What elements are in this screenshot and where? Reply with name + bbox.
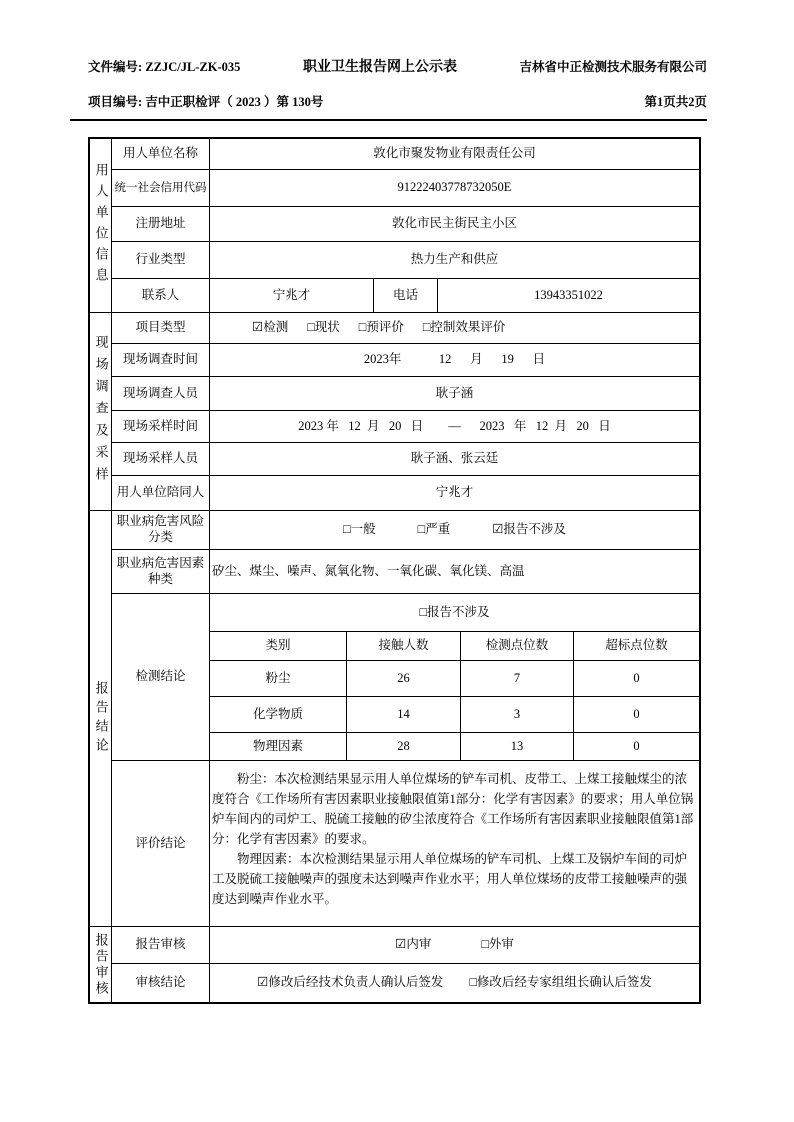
checkbox-detection-not-involved[interactable]: □报告不涉及 — [419, 605, 489, 621]
cell-category: 粉尘 — [210, 661, 347, 696]
row-detection-conclusion: 检测结论 □报告不涉及 类别 接触人数 检测点位数 超标点位数 粉尘 — [112, 594, 699, 761]
evaluation-conclusion-text: 粉尘：本次检测结果显示用人单位煤场的铲车司机、皮带工、上煤工接触煤尘的浓度符合《… — [210, 761, 699, 926]
hazard-risk-class-options: □一般 □严重 ☑报告不涉及 — [210, 511, 699, 549]
section-site-survey: 现场调查及采样 项目类型 ☑检测 □现状 □预评价 □控制效果评价 现场调查时间… — [90, 313, 699, 511]
row-sampling-time: 现场采样时间 2023 年 12 月 20 日 — 2023 年 12 月 20… — [112, 411, 699, 443]
checkbox-control-effect-evaluation[interactable]: □控制效果评价 — [423, 320, 506, 336]
section-label-report-review: 报告审核 — [90, 927, 112, 1002]
checkbox-report-not-involved[interactable]: ☑报告不涉及 — [492, 522, 566, 538]
table-row-chemical: 化学物质 14 3 0 — [210, 697, 699, 733]
review-conclusion-label: 审核结论 — [112, 964, 210, 1002]
project-type-options: ☑检测 □现状 □预评价 □控制效果评价 — [210, 313, 699, 343]
project-type-label: 项目类型 — [112, 313, 210, 343]
col-header-category: 类别 — [210, 632, 347, 660]
industry-type-label: 行业类型 — [112, 242, 210, 278]
cell-exceed-points: 0 — [574, 697, 699, 732]
section-label-report-conclusion: 报告结论 — [90, 511, 112, 926]
hazard-factor-types-label: 职业病危害因素种类 — [112, 550, 210, 593]
section-body-conclusion: 职业病危害风险分类 □一般 □严重 ☑报告不涉及 职业病危害因素种类 矽尘、煤尘… — [112, 511, 699, 926]
cell-category: 物理因素 — [210, 733, 347, 760]
phone-number-value: 13943351022 — [438, 279, 699, 312]
checkbox-pre-evaluation[interactable]: □预评价 — [359, 320, 404, 336]
table-row-physical: 物理因素 28 13 0 — [210, 733, 699, 760]
registered-address-value: 敦化市民主街民主小区 — [210, 207, 699, 241]
row-contact: 联系人 宁兆才 电话 13943351022 — [112, 279, 699, 312]
row-registered-address: 注册地址 敦化市民主街民主小区 — [112, 207, 699, 242]
phone-label: 电话 — [374, 279, 438, 312]
sampling-staff-value: 耿子涵、张云廷 — [210, 443, 699, 475]
section-label-employer-info: 用人单位信息 — [90, 139, 112, 312]
report-review-options: ☑内审 □外审 — [210, 927, 699, 963]
survey-staff-label: 现场调查人员 — [112, 377, 210, 410]
row-accompanying-person: 用人单位陪同人 宁兆才 — [112, 476, 699, 510]
checkbox-severe[interactable]: □严重 — [418, 522, 451, 538]
checkbox-status-quo[interactable]: □现状 — [307, 320, 340, 336]
credit-code-value: 91222403778732050E — [210, 170, 699, 206]
file-number: 文件编号: ZZJC/JL-ZK-035 — [70, 57, 240, 75]
cell-detection-points: 13 — [461, 733, 574, 760]
hazard-risk-class-label: 职业病危害风险分类 — [112, 511, 210, 549]
review-conclusion-options: ☑修改后经技术负责人确认后签发 □修改后经专家组组长确认后签发 — [210, 964, 699, 1002]
section-body-review: 报告审核 ☑内审 □外审 审核结论 ☑修改后经技术负责人确认后签发 □修改后经专… — [112, 927, 699, 1002]
section-body-employer: 用人单位名称 敦化市聚发物业有限责任公司 统一社会信用代码 9122240377… — [112, 139, 699, 312]
col-header-exceed-points: 超标点位数 — [574, 632, 699, 660]
row-hazard-factor-types: 职业病危害因素种类 矽尘、煤尘、噪声、氮氧化物、一氧化碳、氧化镁、高温 — [112, 550, 699, 594]
col-header-exposed-count: 接触人数 — [347, 632, 461, 660]
header-row-1: 文件编号: ZZJC/JL-ZK-035 职业卫生报告网上公示表 吉林省中正检测… — [70, 56, 707, 76]
survey-time-label: 现场调查时间 — [112, 344, 210, 376]
section-label-site-survey: 现场调查及采样 — [90, 313, 112, 510]
cell-detection-points: 3 — [461, 697, 574, 732]
row-employer-name: 用人单位名称 敦化市聚发物业有限责任公司 — [112, 139, 699, 170]
survey-time-value: 2023年 12 月 19 日 — [210, 344, 699, 376]
row-hazard-risk-class: 职业病危害风险分类 □一般 □严重 ☑报告不涉及 — [112, 511, 699, 550]
header-row-2: 项目编号: 吉中正职检评（ 2023 ）第 130号 第1页共2页 — [70, 92, 707, 110]
checkbox-general[interactable]: □一般 — [343, 522, 376, 538]
page-header: 文件编号: ZZJC/JL-ZK-035 职业卫生报告网上公示表 吉林省中正检测… — [70, 56, 707, 121]
header-divider — [70, 119, 707, 121]
col-header-detection-points: 检测点位数 — [461, 632, 574, 660]
row-report-review: 报告审核 ☑内审 □外审 — [112, 927, 699, 964]
cell-exposed-count: 26 — [347, 661, 461, 696]
cell-exceed-points: 0 — [574, 661, 699, 696]
checkbox-internal-review[interactable]: ☑内审 — [395, 937, 431, 953]
employer-name-label: 用人单位名称 — [112, 139, 210, 169]
sampling-staff-label: 现场采样人员 — [112, 443, 210, 475]
industry-type-value: 热力生产和供应 — [210, 242, 699, 278]
section-report-conclusion: 报告结论 职业病危害风险分类 □一般 □严重 ☑报告不涉及 职业病危害因素种类 … — [90, 511, 699, 927]
section-body-survey: 项目类型 ☑检测 □现状 □预评价 □控制效果评价 现场调查时间 2023年 1… — [112, 313, 699, 510]
row-evaluation-conclusion: 评价结论 粉尘：本次检测结果显示用人单位煤场的铲车司机、皮带工、上煤工接触煤尘的… — [112, 761, 699, 926]
contact-label: 联系人 — [112, 279, 210, 312]
report-review-label: 报告审核 — [112, 927, 210, 963]
checkbox-detection[interactable]: ☑检测 — [252, 320, 288, 336]
row-credit-code: 统一社会信用代码 91222403778732050E — [112, 170, 699, 207]
cell-exceed-points: 0 — [574, 733, 699, 760]
section-employer-info: 用人单位信息 用人单位名称 敦化市聚发物业有限责任公司 统一社会信用代码 912… — [90, 139, 699, 313]
detection-conclusion-label: 检测结论 — [112, 594, 210, 760]
credit-code-label: 统一社会信用代码 — [112, 170, 210, 206]
hazard-factor-types-value: 矽尘、煤尘、噪声、氮氧化物、一氧化碳、氧化镁、高温 — [210, 550, 699, 593]
survey-staff-value: 耿子涵 — [210, 377, 699, 410]
row-industry-type: 行业类型 热力生产和供应 — [112, 242, 699, 279]
checkbox-expert-leader-sign[interactable]: □修改后经专家组组长确认后签发 — [469, 975, 652, 991]
contact-name-value: 宁兆才 — [210, 279, 374, 312]
evaluation-paragraph-dust: 粉尘：本次检测结果显示用人单位煤场的铲车司机、皮带工、上煤工接触煤尘的浓度符合《… — [212, 769, 695, 849]
organization-name: 吉林省中正检测技术服务有限公司 — [519, 57, 707, 75]
evaluation-paragraph-physical: 物理因素：本次检测结果显示用人单位煤场的铲车司机、上煤工及锅炉车间的司炉工及脱硫… — [212, 849, 695, 909]
detection-not-involved-option: □报告不涉及 — [210, 594, 699, 632]
cell-exposed-count: 28 — [347, 733, 461, 760]
checkbox-tech-leader-sign[interactable]: ☑修改后经技术负责人确认后签发 — [257, 975, 443, 991]
cell-exposed-count: 14 — [347, 697, 461, 732]
employer-name-value: 敦化市聚发物业有限责任公司 — [210, 139, 699, 169]
row-sampling-staff: 现场采样人员 耿子涵、张云廷 — [112, 443, 699, 476]
row-survey-time: 现场调查时间 2023年 12 月 19 日 — [112, 344, 699, 377]
detection-table: □报告不涉及 类别 接触人数 检测点位数 超标点位数 粉尘 26 7 0 — [210, 594, 699, 760]
row-survey-staff: 现场调查人员 耿子涵 — [112, 377, 699, 411]
page-number: 第1页共2页 — [644, 92, 707, 110]
project-number: 项目编号: 吉中正职检评（ 2023 ）第 130号 — [70, 92, 323, 110]
cell-detection-points: 7 — [461, 661, 574, 696]
table-row-dust: 粉尘 26 7 0 — [210, 661, 699, 697]
sampling-time-label: 现场采样时间 — [112, 411, 210, 442]
cell-category: 化学物质 — [210, 697, 347, 732]
accompanying-person-value: 宁兆才 — [210, 476, 699, 510]
document-page: 文件编号: ZZJC/JL-ZK-035 职业卫生报告网上公示表 吉林省中正检测… — [0, 0, 794, 1122]
form-table: 用人单位信息 用人单位名称 敦化市聚发物业有限责任公司 统一社会信用代码 912… — [88, 137, 701, 1004]
checkbox-external-review[interactable]: □外审 — [481, 937, 514, 953]
accompanying-person-label: 用人单位陪同人 — [112, 476, 210, 510]
evaluation-conclusion-label: 评价结论 — [112, 761, 210, 926]
section-report-review: 报告审核 报告审核 ☑内审 □外审 审核结论 ☑修改后经技术负责人确认后签发 □… — [90, 927, 699, 1002]
row-project-type: 项目类型 ☑检测 □现状 □预评价 □控制效果评价 — [112, 313, 699, 344]
registered-address-label: 注册地址 — [112, 207, 210, 241]
detection-table-header-row: 类别 接触人数 检测点位数 超标点位数 — [210, 632, 699, 661]
sampling-time-value: 2023 年 12 月 20 日 — 2023 年 12 月 20 日 — [210, 411, 699, 442]
row-review-conclusion: 审核结论 ☑修改后经技术负责人确认后签发 □修改后经专家组组长确认后签发 — [112, 964, 699, 1002]
form-title: 职业卫生报告网上公示表 — [240, 56, 519, 76]
